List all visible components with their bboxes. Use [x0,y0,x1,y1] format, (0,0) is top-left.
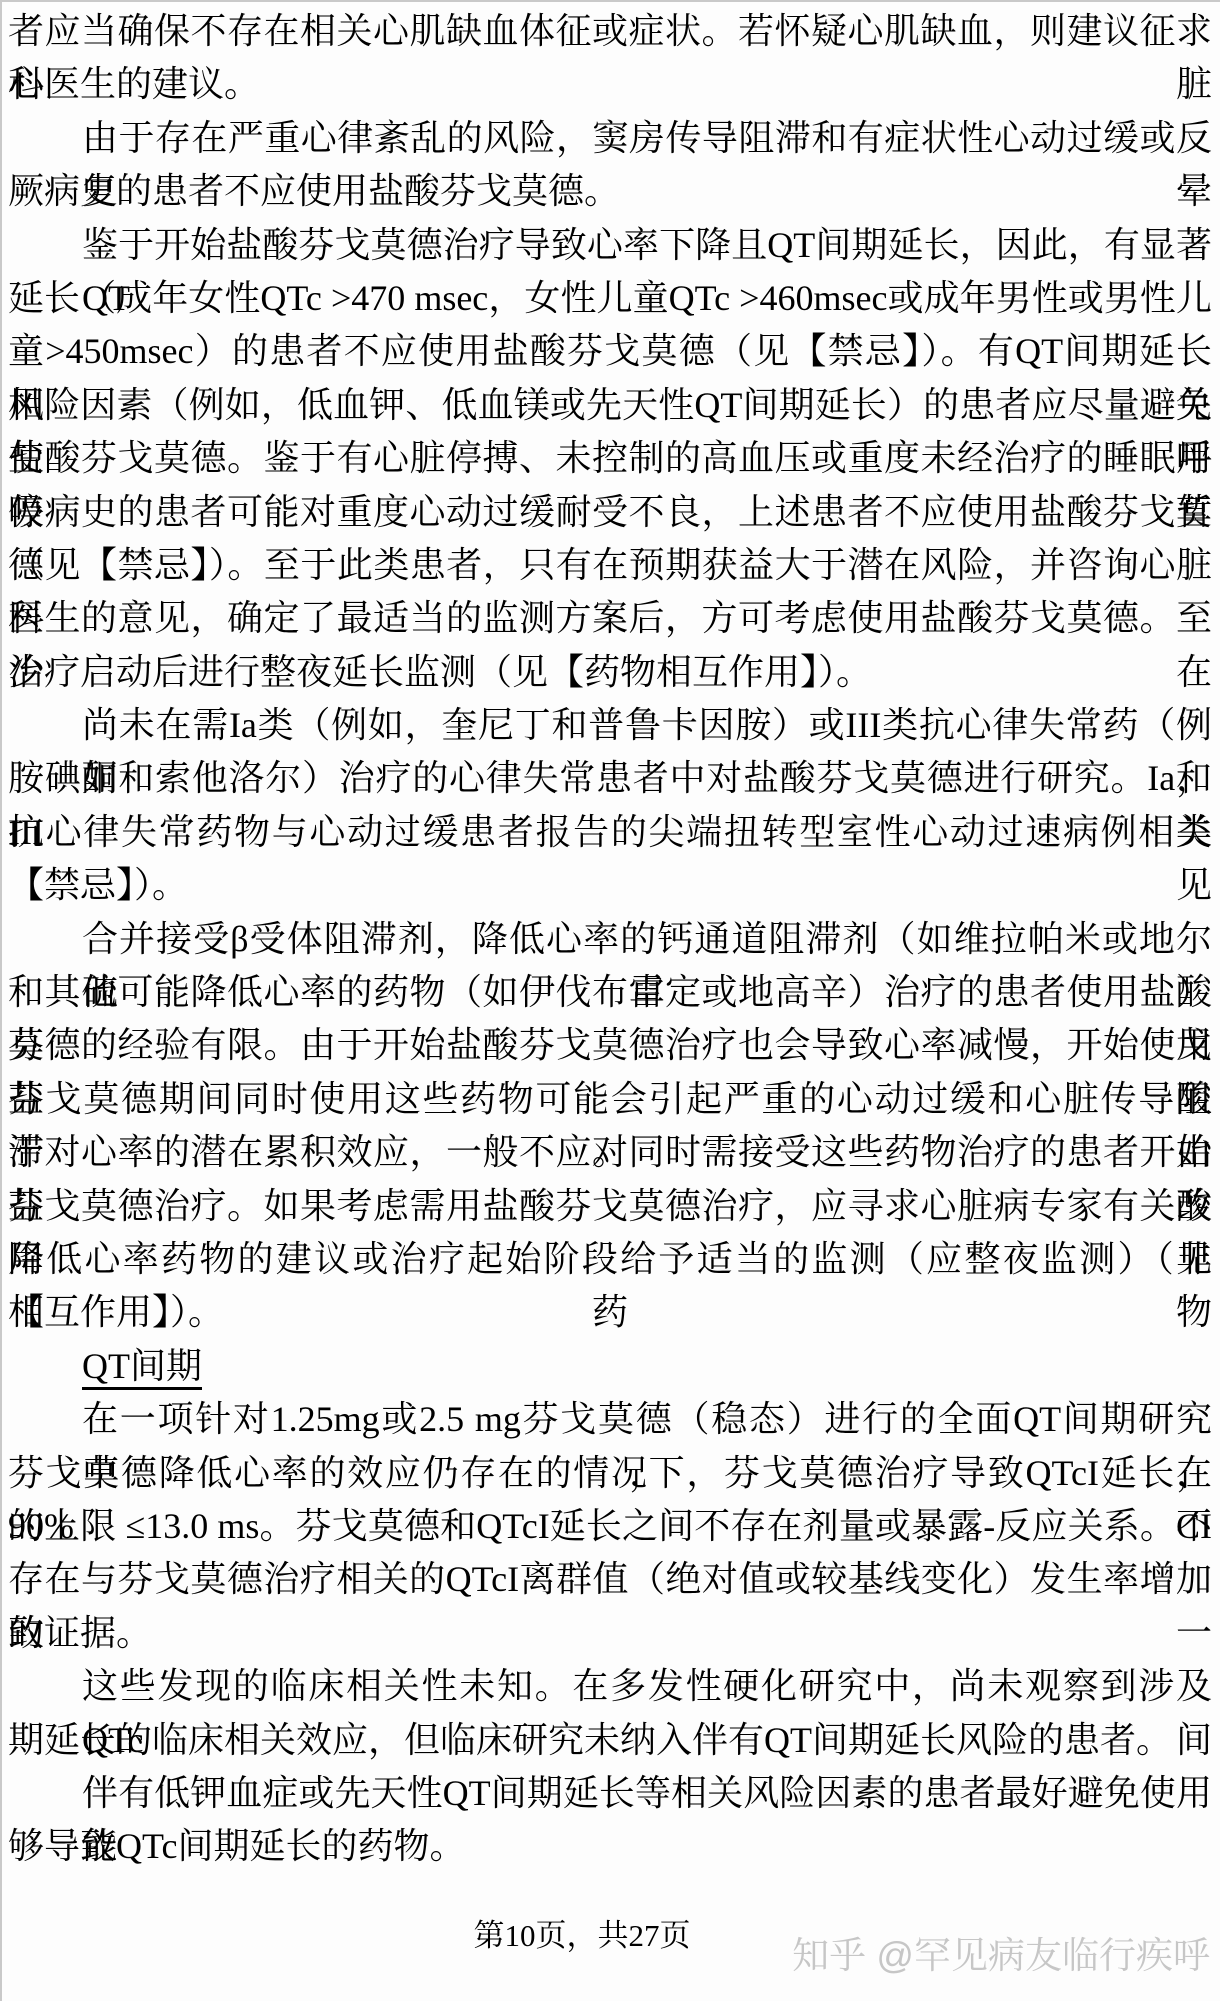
document-content: 者应当确保不存在相关心肌缺血体征或症状。若怀疑心肌缺血，则建议征求心脏科医生的建… [8,5,1212,1874]
section-heading-text: QT间期 [82,1346,202,1386]
text-line: 莫德的经验有限。由于开始盐酸芬戈莫德治疗也会导致心率减慢，开始使用盐酸 [8,1019,1212,1072]
text-line: 尚未在需Ia类（例如，奎尼丁和普鲁卡因胺）或III类抗心律失常药（例如， [8,699,1212,752]
text-line: 由于存在严重心律紊乱的风险，窦房传导阻滞和有症状性心动过缓或反复晕 [8,112,1212,165]
text-line: 芬戈莫德期间同时使用这些药物可能会引起严重的心动过缓和心脏传导阻滞。由 [8,1073,1212,1126]
document-page: 者应当确保不存在相关心肌缺血体征或症状。若怀疑心肌缺血，则建议征求心脏科医生的建… [0,0,1220,2001]
text-line: 胺碘酮和索他洛尔）治疗的心律失常患者中对盐酸芬戈莫德进行研究。Ia和III类 [8,752,1212,805]
text-line: 童>450msec）的患者不应使用盐酸芬戈莫德（见【禁忌】）。有QT间期延长相关 [8,325,1212,378]
text-line: 期延长的临床相关效应，但临床研究未纳入伴有QT间期延长风险的患者。 [8,1714,1212,1767]
text-line: 存在与芬戈莫德治疗相关的QTcI离群值（绝对值或较基线变化）发生率增加的一 [8,1553,1212,1606]
text-line: 和其他可能降低心率的药物（如伊伐布雷定或地高辛）治疗的患者使用盐酸芬戈 [8,966,1212,1019]
text-line: 芬戈莫德降低心率的效应仍存在的情况下，芬戈莫德治疗导致QTcI延长，90% CI [8,1447,1212,1500]
text-line: 合并接受β受体阻滞剂，降低心率的钙通道阻滞剂（如维拉帕米或地尔硫卓） [8,913,1212,966]
text-line: 抗心律失常药物与心动过缓患者报告的尖端扭转型室性心动过速病例相关（见 [8,806,1212,859]
text-line: 伴有低钾血症或先天性QT间期延长等相关风险因素的患者最好避免使用能 [8,1767,1212,1820]
watermark: 知乎 @罕见病友临行疾呼 [792,1933,1210,1979]
text-line: 停病史的患者可能对重度心动过缓耐受不良，上述患者不应使用盐酸芬戈莫德 [8,486,1212,539]
text-line: 这些发现的临床相关性未知。在多发性硬化研究中，尚未观察到涉及QTc间 [8,1660,1212,1713]
text-line: 者应当确保不存在相关心肌缺血体征或症状。若怀疑心肌缺血，则建议征求心脏 [8,5,1212,58]
text-line: 芬戈莫德治疗。如果考虑需用盐酸芬戈莫德治疗，应寻求心脏病专家有关改用非 [8,1180,1212,1233]
text-line: 风险因素（例如，低血钾、低血镁或先天性QT间期延长）的患者应尽量避免使用 [8,379,1212,432]
text-line: 于对心率的潜在累积效应，一般不应对同时需接受这些药物治疗的患者开始盐酸 [8,1126,1212,1179]
text-line: 降低心率药物的建议或治疗起始阶段给予适当的监测（应整夜监测）（见【药物 [8,1233,1212,1286]
text-line: 盐酸芬戈莫德。鉴于有心脏停搏、未控制的高血压或重度未经治疗的睡眠呼吸暂 [8,432,1212,485]
text-line: 够导致QTc间期延长的药物。 [8,1820,1212,1873]
text-line: 鉴于开始盐酸芬戈莫德治疗导致心率下降且QT间期延长，因此，有显著QT [8,219,1212,272]
section-heading: QT间期 [8,1340,1212,1393]
text-line: 延长（成年女性QTc >470 msec，女性儿童QTc >460msec或成年… [8,272,1212,325]
text-line: 的上限 ≤13.0 ms。芬戈莫德和QTcI延长之间不存在剂量或暴露-反应关系。… [8,1500,1212,1553]
text-line: 在一项针对1.25mg或2.5 mg芬戈莫德（稳态）进行的全面QT间期研究中，在 [8,1393,1212,1446]
text-line: 医生的意见，确定了最适当的监测方案后，方可考虑使用盐酸芬戈莫德。至少在 [8,592,1212,645]
text-line: （见【禁忌】）。至于此类患者，只有在预期获益大于潜在风险，并咨询心脏科 [8,539,1212,592]
